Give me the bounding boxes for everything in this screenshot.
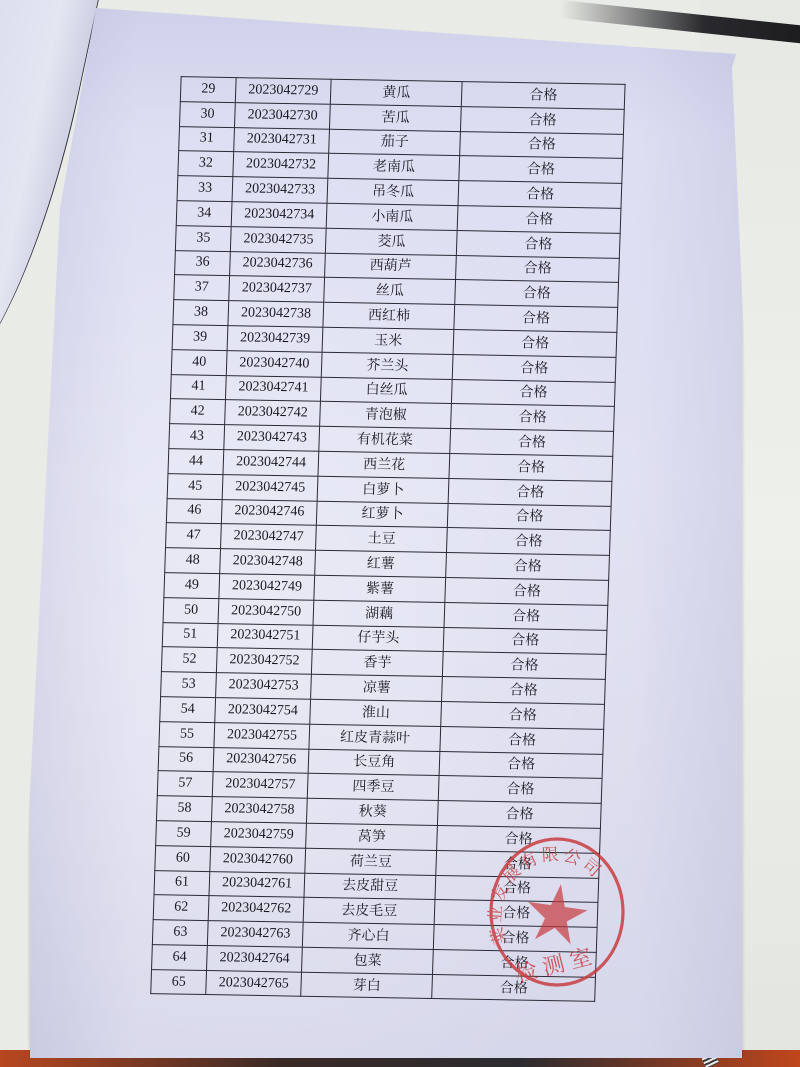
- product-name-cell: 红皮青蒜叶: [309, 724, 441, 751]
- sample-code-cell: 2023042746: [222, 499, 318, 525]
- sample-code-cell: 2023042730: [235, 102, 331, 128]
- sample-code-cell: 2023042758: [212, 797, 308, 823]
- sample-code-cell: 2023042729: [236, 78, 332, 104]
- product-name-cell: 苦瓜: [330, 104, 462, 131]
- result-cell: 合格: [447, 528, 610, 556]
- product-name-cell: 香芋: [311, 650, 443, 677]
- sample-code-cell: 2023042743: [224, 425, 320, 451]
- result-cell: 合格: [456, 255, 619, 283]
- row-number-cell: 41: [170, 374, 226, 400]
- row-number-cell: 61: [154, 870, 210, 896]
- product-name-cell: 玉米: [322, 327, 454, 354]
- sample-code-cell: 2023042765: [206, 970, 302, 996]
- product-name-cell: 紫薯: [314, 575, 446, 602]
- product-name-cell: 白丝瓜: [321, 377, 453, 404]
- product-name-cell: 齐心白: [302, 922, 434, 949]
- row-number-cell: 52: [161, 647, 217, 673]
- row-number-cell: 65: [151, 969, 207, 995]
- sample-code-cell: 2023042761: [209, 871, 305, 897]
- sample-code-cell: 2023042753: [216, 673, 312, 699]
- sample-code-cell: 2023042752: [217, 648, 313, 674]
- product-name-cell: 红萝卜: [316, 501, 448, 528]
- result-cell: 合格: [437, 825, 600, 853]
- results-table-container: 292023042729黄瓜合格302023042730苦瓜合格31202304…: [151, 76, 625, 966]
- row-number-cell: 34: [176, 201, 232, 227]
- row-number-cell: 54: [160, 697, 216, 723]
- product-name-cell: 仔芋头: [312, 625, 444, 652]
- result-cell: 合格: [446, 553, 609, 581]
- row-number-cell: 43: [169, 424, 225, 450]
- row-number-cell: 40: [171, 349, 227, 375]
- row-number-cell: 48: [165, 548, 221, 574]
- row-number-cell: 38: [173, 300, 229, 326]
- row-number-cell: 36: [175, 250, 231, 276]
- result-cell: 合格: [444, 602, 607, 630]
- result-cell: 合格: [453, 330, 616, 358]
- result-cell: 合格: [455, 280, 618, 308]
- result-cell: 合格: [432, 974, 595, 1002]
- row-number-cell: 49: [164, 573, 220, 599]
- row-number-cell: 44: [168, 449, 224, 475]
- product-name-cell: 青泡椒: [320, 402, 452, 429]
- results-table: 292023042729黄瓜合格302023042730苦瓜合格31202304…: [150, 76, 625, 1002]
- sample-code-cell: 2023042759: [211, 821, 307, 847]
- sample-code-cell: 2023042751: [217, 623, 313, 649]
- sample-code-cell: 2023042755: [214, 722, 310, 748]
- sample-code-cell: 2023042744: [223, 450, 319, 476]
- row-number-cell: 55: [159, 721, 215, 747]
- result-cell: 合格: [450, 429, 613, 457]
- result-cell: 合格: [444, 627, 607, 655]
- result-cell: 合格: [439, 751, 602, 779]
- product-name-cell: 湖藕: [313, 600, 445, 627]
- sample-code-cell: 2023042749: [219, 574, 315, 600]
- row-number-cell: 56: [158, 746, 214, 772]
- row-number-cell: 37: [174, 275, 230, 301]
- row-number-cell: 42: [170, 399, 226, 425]
- result-cell: 合格: [445, 577, 608, 605]
- sample-code-cell: 2023042731: [234, 127, 330, 153]
- row-number-cell: 45: [167, 473, 223, 499]
- product-name-cell: 包菜: [302, 947, 434, 974]
- product-name-cell: 红薯: [315, 550, 447, 577]
- sample-code-cell: 2023042741: [226, 375, 322, 401]
- row-number-cell: 50: [163, 597, 219, 623]
- product-name-cell: 四季豆: [307, 774, 439, 801]
- sample-code-cell: 2023042754: [215, 697, 311, 723]
- row-number-cell: 39: [172, 325, 228, 351]
- product-name-cell: 秋葵: [307, 798, 439, 825]
- row-number-cell: 47: [166, 523, 222, 549]
- sample-code-cell: 2023042735: [231, 226, 327, 252]
- result-cell: 合格: [457, 230, 620, 258]
- product-name-cell: 丝瓜: [324, 278, 456, 305]
- product-name-cell: 西红柿: [323, 302, 455, 329]
- result-cell: 合格: [435, 875, 598, 903]
- row-number-cell: 46: [166, 498, 222, 524]
- result-cell: 合格: [452, 379, 615, 407]
- sample-code-cell: 2023042764: [207, 945, 303, 971]
- result-cell: 合格: [449, 453, 612, 481]
- product-name-cell: 茭瓜: [325, 228, 457, 255]
- product-name-cell: 荷兰豆: [305, 848, 437, 875]
- product-name-cell: 白萝卜: [317, 476, 449, 503]
- product-name-cell: 去皮甜豆: [304, 873, 436, 900]
- result-cell: 合格: [435, 900, 598, 928]
- sample-code-cell: 2023042740: [227, 350, 323, 376]
- sample-code-cell: 2023042732: [233, 152, 329, 178]
- result-cell: 合格: [458, 206, 621, 234]
- result-cell: 合格: [462, 82, 625, 110]
- sample-code-cell: 2023042750: [218, 598, 314, 624]
- result-cell: 合格: [461, 106, 624, 134]
- sample-code-cell: 2023042738: [228, 301, 324, 327]
- result-cell: 合格: [442, 677, 605, 705]
- result-cell: 合格: [433, 949, 596, 977]
- result-cell: 合格: [441, 701, 604, 729]
- product-name-cell: 吊冬瓜: [327, 178, 459, 205]
- row-number-cell: 51: [162, 622, 218, 648]
- product-name-cell: 黄瓜: [330, 79, 462, 106]
- product-name-cell: 老南瓜: [328, 154, 460, 181]
- row-number-cell: 60: [155, 845, 211, 871]
- row-number-cell: 31: [179, 126, 235, 152]
- product-name-cell: 长豆角: [308, 749, 440, 776]
- product-name-cell: 芥兰头: [321, 352, 453, 379]
- sample-code-cell: 2023042757: [213, 772, 309, 798]
- sample-code-cell: 2023042734: [231, 202, 327, 228]
- sample-code-cell: 2023042745: [222, 474, 318, 500]
- product-name-cell: 西葫芦: [325, 253, 457, 280]
- result-cell: 合格: [454, 305, 617, 333]
- product-name-cell: 去皮毛豆: [303, 898, 435, 925]
- product-name-cell: 有机花菜: [319, 426, 451, 453]
- sample-code-cell: 2023042747: [221, 524, 317, 550]
- result-cell: 合格: [436, 850, 599, 878]
- result-cell: 合格: [440, 726, 603, 754]
- result-cell: 合格: [438, 801, 601, 829]
- result-cell: 合格: [443, 652, 606, 680]
- product-name-cell: 小南瓜: [326, 203, 458, 230]
- product-name-cell: 莴笋: [306, 823, 438, 850]
- sample-code-cell: 2023042736: [230, 251, 326, 277]
- result-cell: 合格: [453, 354, 616, 382]
- row-number-cell: 33: [177, 176, 233, 202]
- product-name-cell: 茄子: [329, 129, 461, 156]
- row-number-cell: 30: [180, 101, 236, 127]
- row-number-cell: 57: [157, 771, 213, 797]
- product-name-cell: 淮山: [310, 699, 442, 726]
- sample-code-cell: 2023042737: [229, 276, 325, 302]
- result-cell: 合格: [448, 503, 611, 531]
- result-cell: 合格: [458, 181, 621, 209]
- product-name-cell: 芽白: [301, 972, 433, 999]
- product-name-cell: 土豆: [316, 526, 448, 553]
- row-number-cell: 32: [178, 151, 234, 177]
- sample-code-cell: 2023042733: [232, 177, 328, 203]
- row-number-cell: 35: [175, 225, 231, 251]
- row-number-cell: 64: [152, 944, 208, 970]
- sample-code-cell: 2023042739: [227, 326, 323, 352]
- product-name-cell: 凉薯: [311, 674, 443, 701]
- row-number-cell: 63: [152, 920, 208, 946]
- result-cell: 合格: [460, 131, 623, 159]
- row-number-cell: 62: [153, 895, 209, 921]
- result-cell: 合格: [434, 925, 597, 953]
- sample-code-cell: 2023042756: [213, 747, 309, 773]
- row-number-cell: 53: [161, 672, 217, 698]
- result-cell: 合格: [451, 404, 614, 432]
- result-cell: 合格: [449, 478, 612, 506]
- result-cell: 合格: [439, 776, 602, 804]
- row-number-cell: 58: [156, 796, 212, 822]
- row-number-cell: 59: [156, 821, 212, 847]
- product-name-cell: 西兰花: [318, 451, 450, 478]
- results-table-body: 292023042729黄瓜合格302023042730苦瓜合格31202304…: [151, 77, 625, 1002]
- sample-code-cell: 2023042742: [225, 400, 321, 426]
- sample-code-cell: 2023042760: [210, 846, 306, 872]
- row-number-cell: 29: [180, 77, 236, 103]
- sample-code-cell: 2023042762: [208, 896, 304, 922]
- sample-code-cell: 2023042748: [220, 549, 316, 575]
- sample-code-cell: 2023042763: [208, 921, 304, 947]
- result-cell: 合格: [459, 156, 622, 184]
